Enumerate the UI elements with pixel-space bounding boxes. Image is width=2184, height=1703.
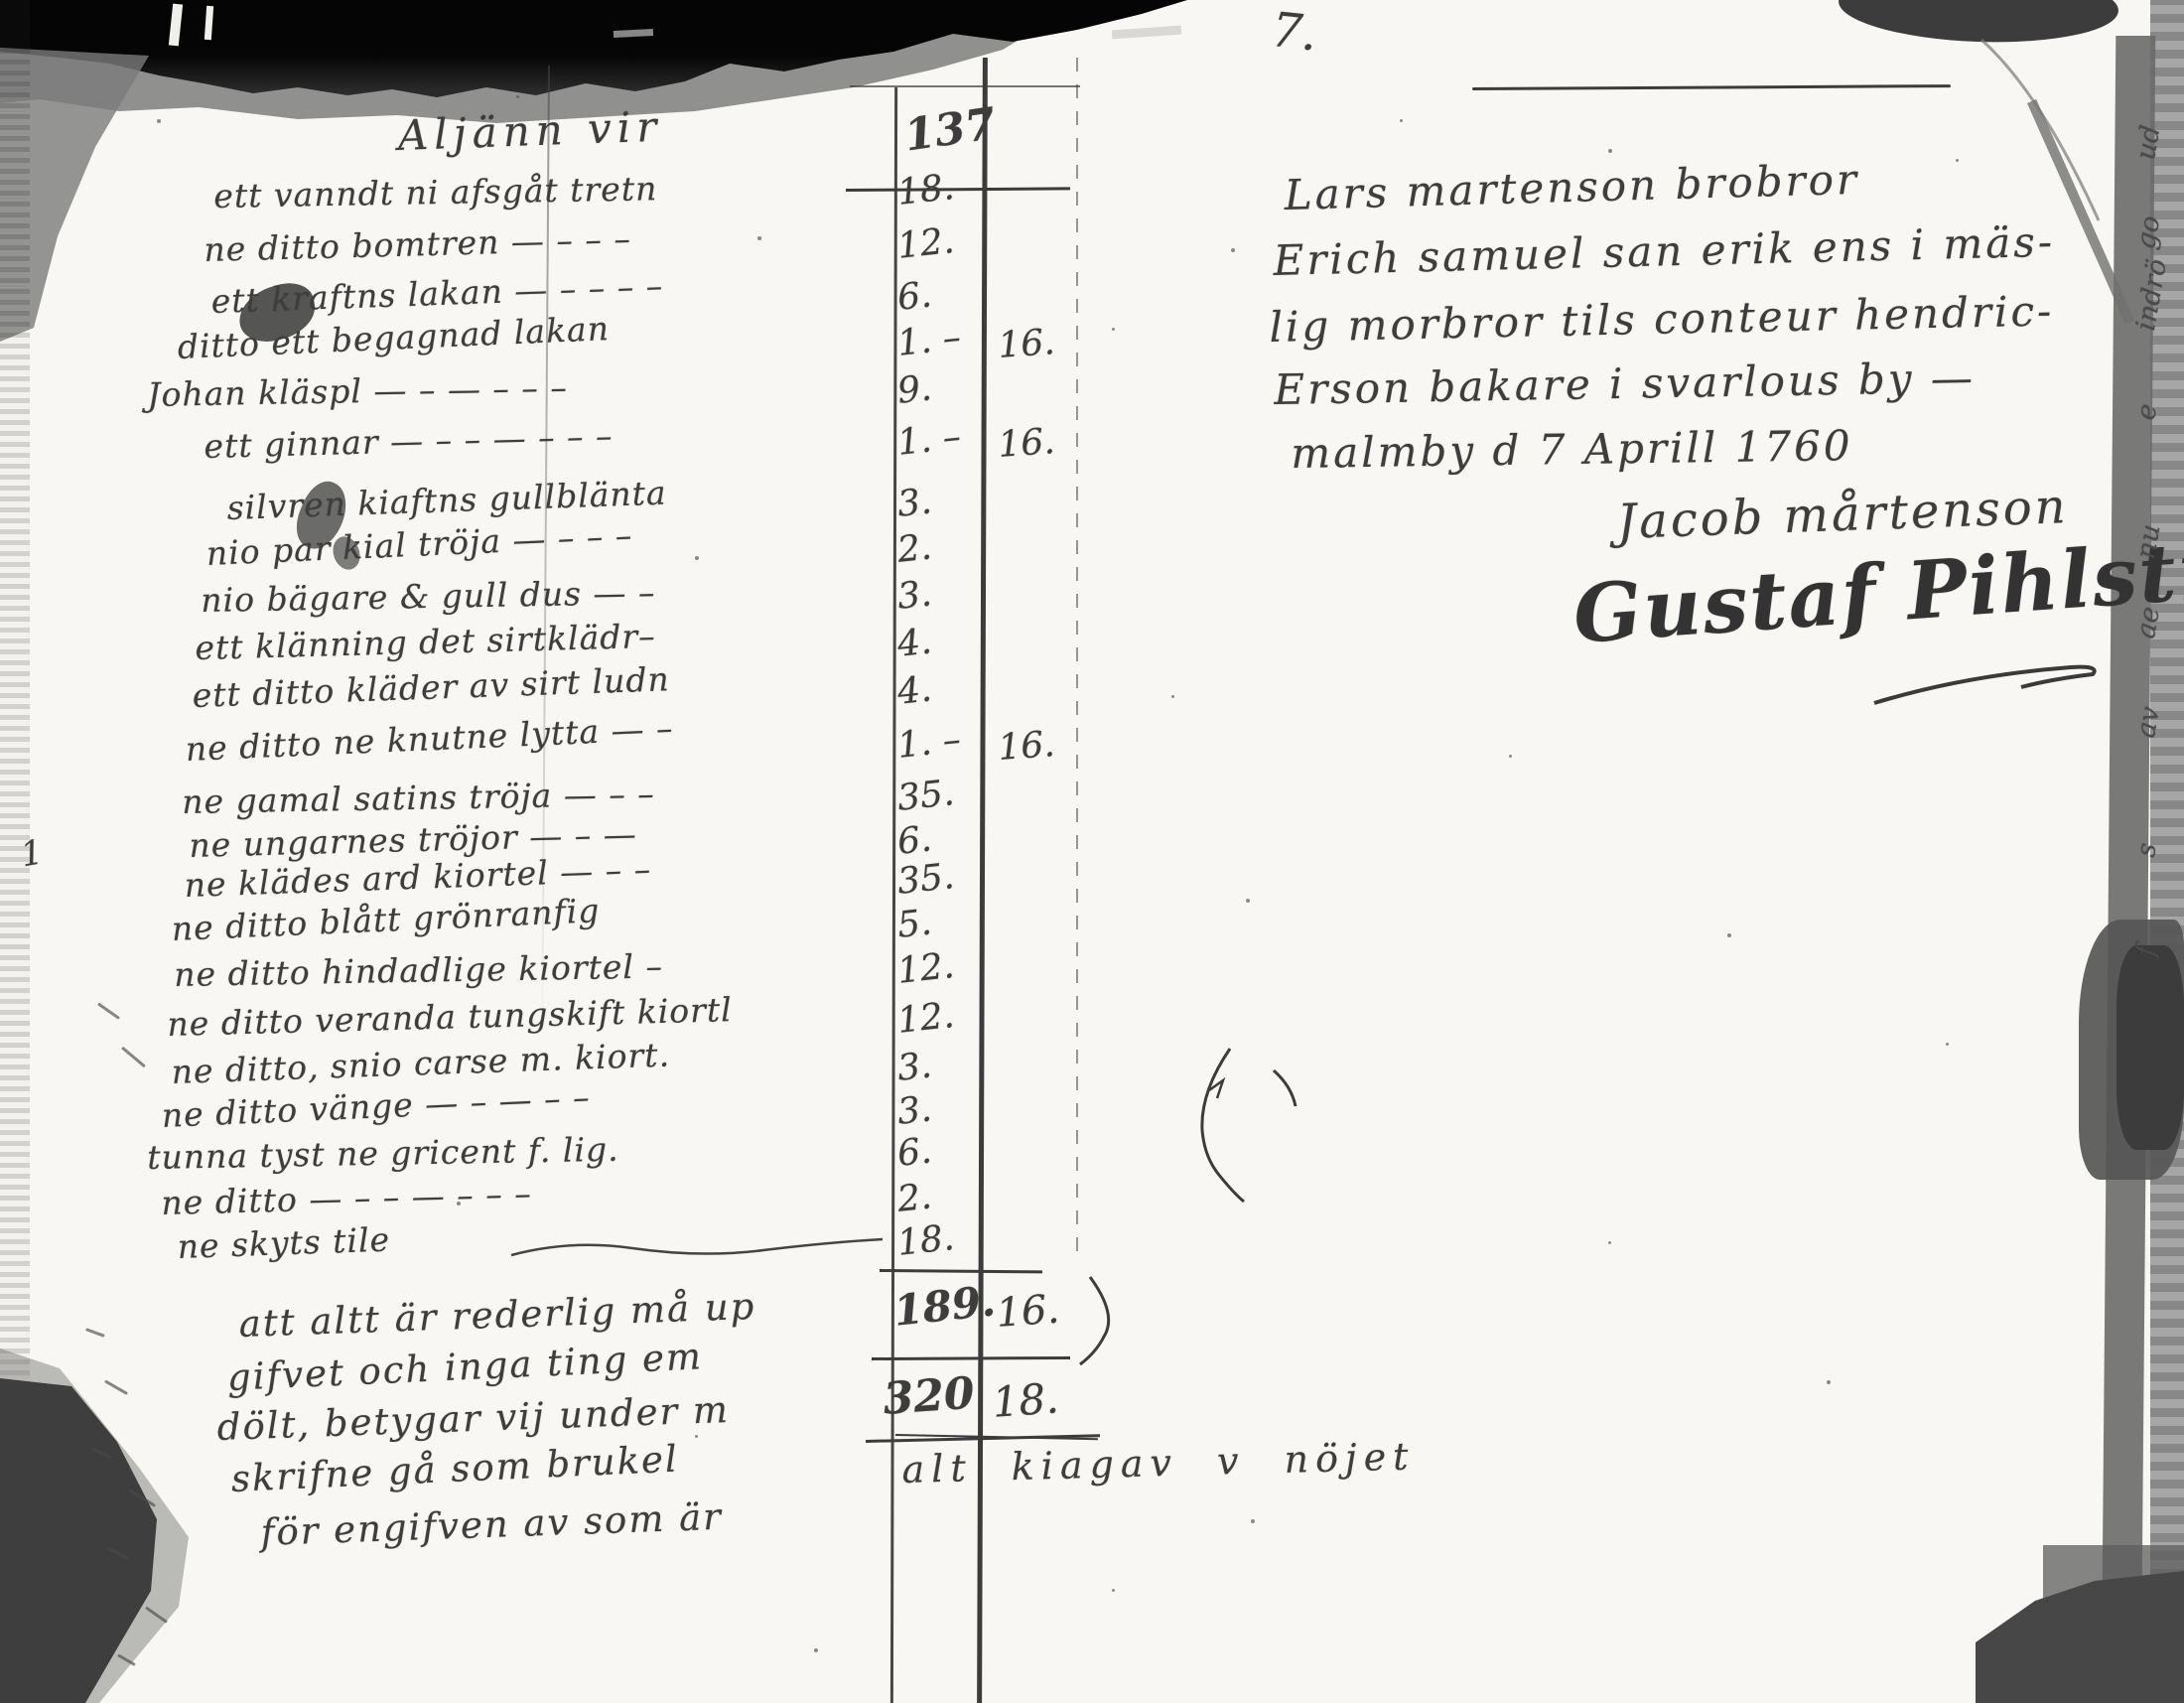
totals-rule bbox=[872, 1356, 1070, 1360]
ledger-row-text: ett vanndt ni afsgåt tretn bbox=[213, 169, 658, 215]
ledger-row-text: ne skyts tile bbox=[177, 1220, 391, 1266]
ink-speck bbox=[1251, 1519, 1255, 1523]
ink-speck bbox=[157, 119, 161, 123]
ledger-row-daler: 6. bbox=[895, 818, 933, 862]
ink-speck bbox=[814, 1648, 818, 1652]
right-page-line: Erson bakare i svarlous by — bbox=[1274, 354, 1976, 414]
total-sum-ore: 16. bbox=[995, 1287, 1061, 1337]
right-page-line: Lars martenson brobror bbox=[1284, 155, 1860, 219]
ledger-row-daler: 3. bbox=[895, 573, 933, 617]
ink-speck bbox=[1608, 1241, 1611, 1244]
scan-blob-bottom-left bbox=[0, 1372, 167, 1703]
ledger-row-text: nio bägare & gull dus — – bbox=[201, 573, 656, 620]
ledger-row-daler: 9. bbox=[895, 367, 933, 411]
ledger-row-daler: 35. bbox=[895, 856, 956, 903]
margin-ink-stroke bbox=[97, 1003, 120, 1020]
closing-line: gifvet och inga ting em bbox=[226, 1335, 704, 1399]
edge-text-fragment: ae bbox=[2130, 604, 2166, 640]
ink-speck bbox=[1956, 159, 1959, 162]
pen-tick bbox=[1209, 1080, 1223, 1098]
ink-speck bbox=[1231, 248, 1235, 252]
ledger-row-daler: 3. bbox=[895, 481, 933, 524]
ledger-row-text: ett ginnar — – – — – – – bbox=[204, 416, 614, 466]
ink-speck bbox=[457, 1202, 461, 1206]
scan-blob-top-right bbox=[1838, 0, 2119, 47]
item-trailing-wavy-line bbox=[511, 1239, 883, 1255]
right-page-top-rule bbox=[1472, 84, 1951, 90]
ledger-row-daler: 2. bbox=[895, 1176, 933, 1219]
ledger-row-daler: 4. bbox=[895, 621, 933, 664]
edge-text-fragment: go bbox=[2130, 213, 2166, 251]
ledger-row-text: ne ditto — – – — – – – bbox=[161, 1174, 532, 1222]
ink-speck bbox=[1946, 1043, 1949, 1046]
grand-total-daler: 320 bbox=[882, 1368, 976, 1425]
ledger-row-text: Johan kläspl — – — – – – bbox=[147, 368, 568, 414]
ink-speck bbox=[1608, 149, 1612, 153]
ledger-row-text: ne ditto bomtren — – – – bbox=[204, 219, 631, 269]
ledger-row-daler: 1. – bbox=[895, 317, 963, 363]
ink-speck bbox=[1246, 899, 1250, 903]
ledger-row-daler: 3. bbox=[895, 1088, 933, 1132]
ledger-row-ore: 16. bbox=[997, 724, 1056, 769]
ledger-row-daler: 12. bbox=[895, 945, 956, 992]
ledger-row-ore: 16. bbox=[997, 421, 1056, 466]
ledger-row-daler: 6. bbox=[895, 274, 933, 318]
totals-closing-paren bbox=[1080, 1277, 1109, 1364]
ink-speck bbox=[1727, 933, 1731, 937]
ink-speck bbox=[757, 236, 761, 240]
ink-speck bbox=[1509, 755, 1512, 758]
right-page-line: malmby d 7 Aprill 1760 bbox=[1291, 421, 1853, 478]
closing-line: skrifne gå som brukel bbox=[230, 1438, 680, 1500]
ledger-row-text: ne gamal satins tröja — – – bbox=[182, 775, 655, 821]
ledger-row-daler: 18. bbox=[895, 167, 956, 213]
ink-speck bbox=[1112, 1589, 1115, 1592]
margin-ink-stroke bbox=[104, 1379, 128, 1395]
ledger-row-daler: 5. bbox=[895, 902, 933, 945]
ledger-row-daler: 1. – bbox=[895, 416, 963, 463]
margin-ink-stroke bbox=[121, 1047, 146, 1068]
ink-speck bbox=[695, 556, 699, 560]
ledger-row-ore: 16. bbox=[997, 322, 1056, 366]
ledger-row-daler: 12. bbox=[895, 995, 956, 1042]
ledger-row-text: ne ditto ne knutne lytta — – bbox=[185, 709, 674, 769]
ledger-row-text: ne ditto, snio carse m. kiort. bbox=[171, 1035, 671, 1091]
ledger-row-text: tunna tyst ne gricent f. lig. bbox=[147, 1130, 619, 1177]
edge-text-fragment: ud bbox=[2130, 123, 2167, 163]
grand-total-ore: 18. bbox=[991, 1373, 1060, 1427]
right-page-corner-mark: 7. bbox=[1269, 2, 1319, 62]
ledger-row-daler: 4. bbox=[895, 668, 933, 712]
ink-speck bbox=[695, 1435, 698, 1438]
right-page-line: Erich samuel san erik ens i mäs- bbox=[1273, 217, 2056, 285]
ink-speck bbox=[1171, 695, 1174, 698]
page-top-rule bbox=[850, 85, 1080, 87]
margin-ink-stroke bbox=[85, 1328, 105, 1338]
ledger-row-daler: 1. – bbox=[895, 719, 963, 766]
edge-text-fragment: av bbox=[2130, 704, 2166, 740]
pen-curve-left-paren bbox=[1202, 1049, 1244, 1202]
document-scan: Aljänn vir1371ett vanndt ni afsgåt tretn… bbox=[0, 0, 2184, 1703]
scan-top-highlight bbox=[1112, 26, 1181, 40]
ledger-row-daler: 2. bbox=[895, 526, 933, 570]
ledger-row-daler: 12. bbox=[895, 220, 956, 267]
ledger-row-text: ett klänning det sirtklädr– bbox=[195, 617, 656, 667]
ink-speck bbox=[1827, 1380, 1831, 1384]
ledger-row-daler: 18. bbox=[895, 1217, 956, 1264]
ledger-row-daler: 6. bbox=[895, 1130, 933, 1174]
ink-speck bbox=[516, 95, 519, 98]
scan-blob-bottom-right bbox=[1976, 1571, 2184, 1703]
edge-text-fragment: nu bbox=[2130, 522, 2167, 562]
ledger-row-daler: 35. bbox=[895, 773, 956, 819]
ink-speck bbox=[1400, 119, 1403, 122]
ruled-line-ore-column bbox=[1076, 58, 1078, 1255]
ink-speck bbox=[1112, 328, 1115, 331]
closing-line: för engifven av som är bbox=[260, 1495, 724, 1554]
ledger-row-daler: 3. bbox=[895, 1045, 933, 1088]
ledger-row-text: ne ditto hindadlige kiortel – bbox=[174, 946, 663, 994]
scan-blob-right-dark bbox=[2116, 945, 2184, 1150]
carry-forward-rule bbox=[846, 187, 1070, 192]
ledger-row-text: ett ditto kläder av sirt ludn bbox=[192, 659, 670, 715]
items-sum-rule bbox=[880, 1269, 1042, 1273]
signature-flourish bbox=[1874, 667, 2095, 703]
right-page-line: lig morbror tils conteur hendric- bbox=[1269, 286, 2055, 352]
page-heading: Aljänn vir bbox=[397, 102, 663, 160]
pen-curve-right-arc bbox=[1274, 1070, 1296, 1106]
